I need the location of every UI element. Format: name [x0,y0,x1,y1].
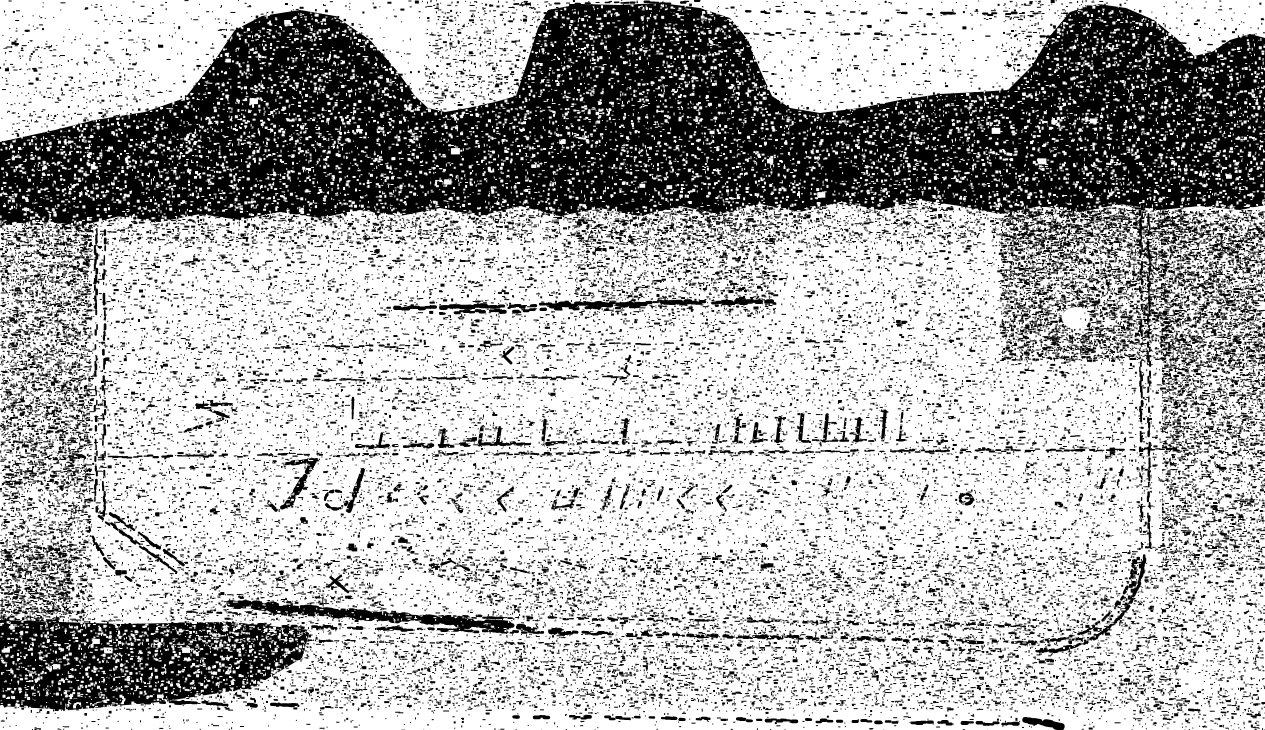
scan-bitmap [0,0,1265,730]
document-scan-page: antique-scanned-document [0,0,1265,730]
